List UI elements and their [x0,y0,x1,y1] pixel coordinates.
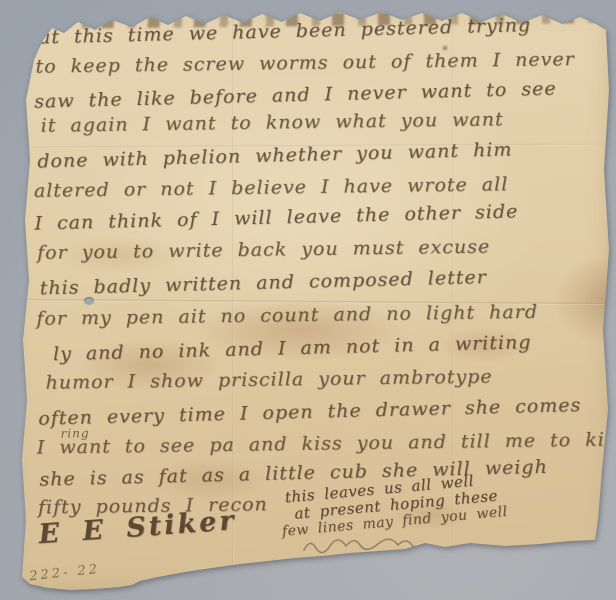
letter-paper: at this time we have been pestered tryin… [0,0,616,600]
letter-line: often every time I open the drawer she c… [38,394,581,430]
paper-shadow-wrap: at this time we have been pestered tryin… [0,0,616,600]
letter-line: to keep the screw worms out of them I ne… [35,48,574,78]
letter-line: at this time we have been pestered tryin… [39,14,532,48]
letter-line: this badly written and composed letter [40,266,487,299]
letter-body: at this time we have been pestered tryin… [0,0,616,600]
scanned-letter-page: at this time we have been pestered tryin… [0,0,616,600]
letter-line: it again I want to know what you want [41,108,504,136]
letter-line: altered or not I believe I have wrote al… [34,173,509,202]
cut-off-writing-remnant [300,534,480,556]
letter-line: I can think of I will leave the other si… [34,200,518,234]
letter-line: saw the like before and I never want to … [34,77,557,112]
interline-correction-note: ring [60,426,89,441]
letter-line: I want to see pa and kiss you and till m… [37,428,616,458]
letter-line: humor I show priscilla your ambrotype [45,365,492,393]
letter-line: for my pen ait no count and no light har… [36,301,538,330]
archival-margin-marks: 222- 22 [29,562,101,584]
letter-line: done with phelion whether you want him [37,138,513,172]
letter-line: for you to write back you must excuse [37,236,490,264]
letter-line: ly and no ink and I am not in a writing [53,331,532,365]
